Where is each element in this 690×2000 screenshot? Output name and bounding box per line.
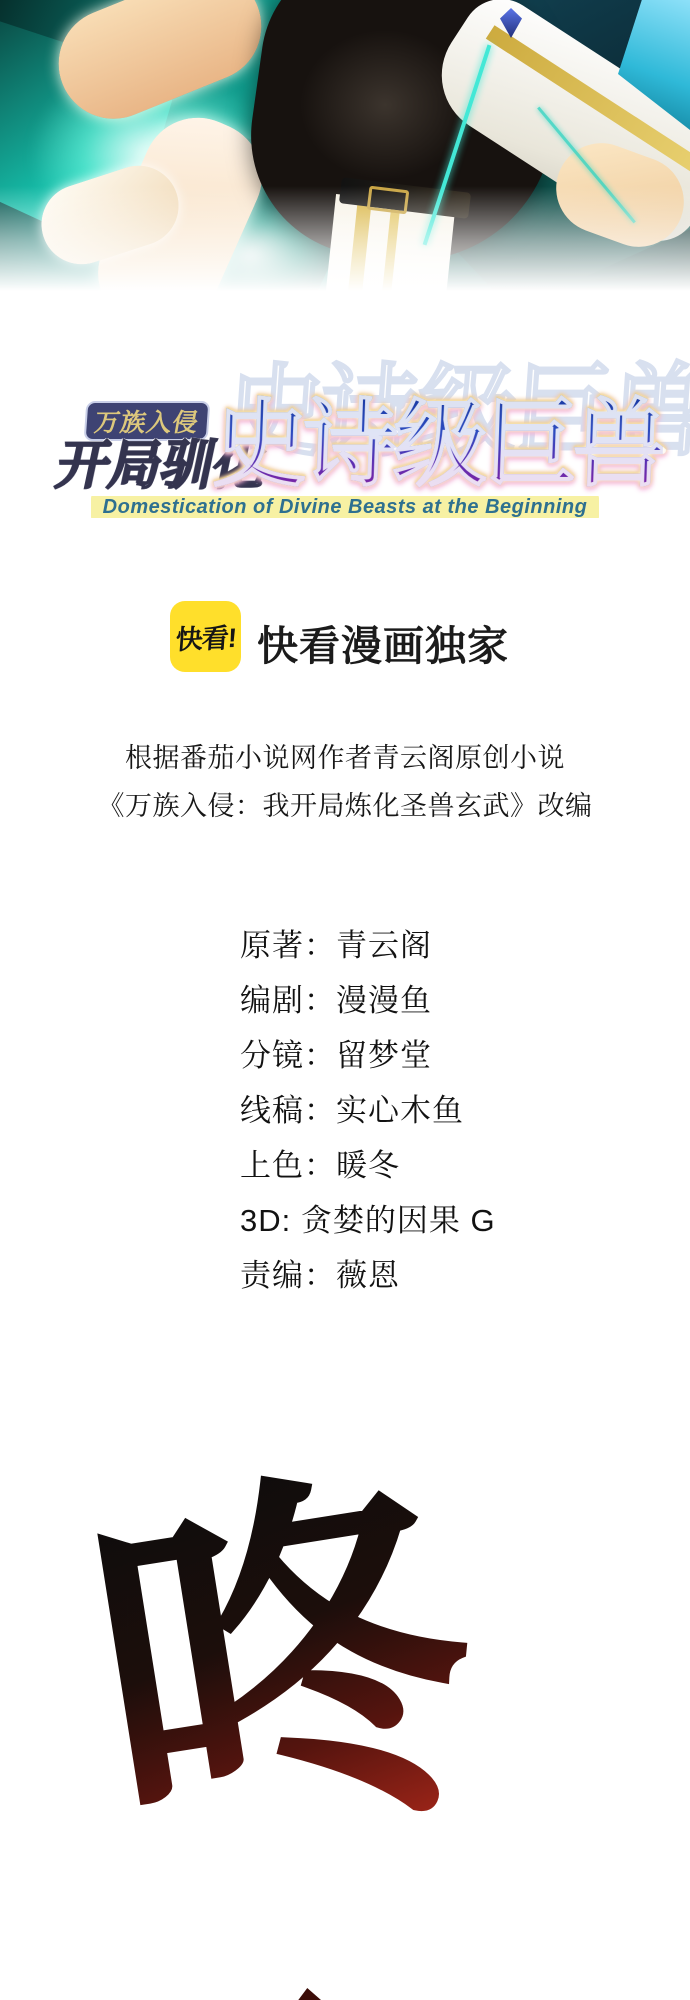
credit-lineart: 线稿：实心木鱼 — [240, 1083, 496, 1138]
series-badge: 万族入侵 — [84, 401, 211, 441]
credit-coloring: 上色：暖冬 — [240, 1138, 496, 1193]
credit-storyboard: 分镜：留梦堂 — [240, 1028, 496, 1083]
hero-art-panel — [0, 0, 690, 300]
staff-credits: 原著：青云阁 编剧：漫漫鱼 分镜：留梦堂 线稿：实心木鱼 上色：暖冬 3D: 贪… — [240, 918, 496, 1303]
adaptation-note-line1: 根据番茄小说网作者青云阁原创小说 — [0, 736, 690, 775]
english-subtitle: Domestication of Divine Beasts at the Be… — [91, 494, 600, 521]
kuaikan-logo-text: 快看! — [174, 616, 237, 657]
series-main-title: 史诗级巨兽 — [211, 392, 665, 498]
credit-3d: 3D: 贪婪的因果 G — [240, 1193, 496, 1248]
publisher-exclusive-label: 快看漫画独家 — [257, 613, 509, 672]
credit-scriptwriter: 编剧：漫漫鱼 — [240, 973, 496, 1028]
series-badge-label: 万族入侵 — [92, 403, 202, 439]
sfx-calligraphy: 咚 — [46, 1438, 530, 1938]
kuaikan-logo: 快看! — [170, 601, 241, 672]
english-subtitle-row: Domestication of Divine Beasts at the Be… — [0, 494, 690, 521]
sfx-next-stroke-tip — [294, 1987, 321, 2000]
sfx-character: 咚 — [68, 1441, 500, 1889]
white-fade-overlay — [0, 0, 690, 300]
comic-page: 史诗级巨兽 万族入侵 开局驯化 史诗级巨兽 Domestication of D… — [0, 0, 690, 2000]
adaptation-note-line2: 《万族入侵：我开局炼化圣兽玄武》改编 — [0, 784, 690, 823]
credit-editor: 责编：薇恩 — [240, 1248, 496, 1303]
credit-original-author: 原著：青云阁 — [240, 918, 496, 973]
